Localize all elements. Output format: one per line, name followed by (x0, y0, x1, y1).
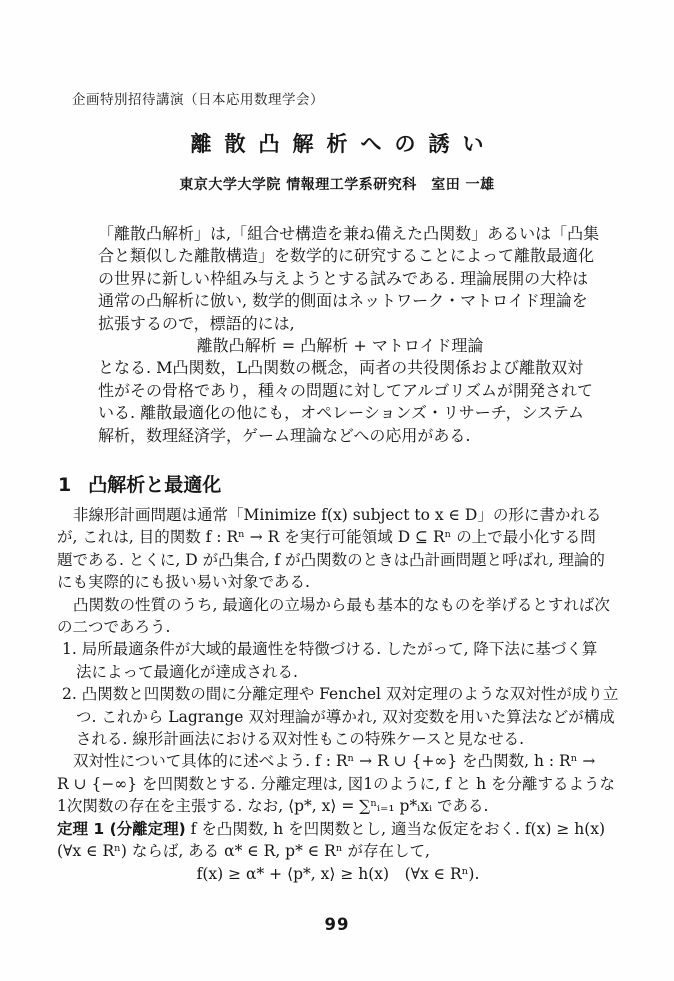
paragraph-line: 凸関数の性質のうち, 最適化の立場から最も基本的なものを挙げるとすれば次 (57, 594, 619, 616)
abstract-line: 合と類似した離散構造」を数学的に研究することによって離散最適化 (98, 245, 582, 267)
paragraph-line: 非線形計画問題は通常「Minimize f(x) subject to x ∈ … (57, 504, 619, 526)
theorem-formula: f(x) ≥ α* + ⟨p*, x⟩ ≥ h(x) (∀x ∈ Rⁿ). (57, 863, 619, 885)
abstract-line: 「離散凸解析」は,「組合せ構造を兼ね備えた凸関数」あるいは「凸集 (98, 223, 582, 245)
theorem-statement-line: (∀x ∈ Rⁿ) ならば, ある α* ∈ R, p* ∈ Rⁿ が存在して, (57, 840, 619, 862)
abstract-line: 通常の凸解析に倣い, 数学的側面はネットワーク・マトロイド理論を (98, 290, 582, 312)
abstract-slogan-formula: 離散凸解析 = 凸解析 + マトロイド理論 (98, 335, 582, 357)
section-body: 非線形計画問題は通常「Minimize f(x) subject to x ∈ … (57, 504, 619, 885)
paragraph-line: が, これは, 目的関数 f : Rⁿ → R を実行可能領域 D ⊆ Rⁿ の… (57, 526, 619, 548)
theorem-text: f を凸関数, h を凹関数とし, 適当な仮定をおく. f(x) ≥ h(x) (186, 820, 605, 838)
section-number: 1 (58, 474, 71, 496)
list-item-line: 2. 凸関数と凹関数の間に分離定理や Fenchel 双対定理のような双対性が成… (57, 683, 619, 705)
list-item-line: 1. 局所最適条件が大域的最適性を特徴づける. したがって, 降下法に基づく算 (57, 638, 619, 660)
abstract-line: 性がその骨格であり，種々の問題に対してアルゴリズムが開発されて (98, 380, 582, 402)
paper-title: 離散凸解析への誘い (0, 128, 674, 158)
abstract-block: 「離散凸解析」は,「組合せ構造を兼ね備えた凸関数」あるいは「凸集 合と類似した離… (98, 223, 582, 447)
paragraph-line: 双対性について具体的に述べよう. f : Rⁿ → R ∪ {+∞} を凸関数,… (57, 750, 619, 772)
theorem-statement-line: 定理 1 (分離定理) f を凸関数, h を凹関数とし, 適当な仮定をおく. … (57, 818, 619, 840)
paragraph-line: 1次関数の存在を主張する. なお, ⟨p*, x⟩ = ∑ⁿᵢ₌₁ p*ᵢxᵢ … (57, 795, 619, 817)
list-item-line: 法によって最適化が達成される. (57, 661, 619, 683)
paragraph-line: 題である. とくに, D が凸集合, f が凸関数のときは凸計画問題と呼ばれ, … (57, 549, 619, 571)
scanned-paper-page: 企画特別招待講演（日本応用数理学会） 離散凸解析への誘い 東京大学大学院 情報理… (0, 0, 674, 981)
abstract-line: 解析，数理経済学，ゲーム理論などへの応用がある. (98, 425, 582, 447)
list-item-line: つ. これから Lagrange 双対理論が導かれ, 双対変数を用いた算法などが… (57, 706, 619, 728)
author-affiliation: 東京大学大学院 情報理工学系研究科 室田 一雄 (0, 174, 674, 194)
paragraph-line: にも実際的にも扱い易い対象である. (57, 571, 619, 593)
section-heading: 1凸解析と最適化 (58, 470, 221, 497)
paragraph-line: R ∪ {−∞} を凹関数とする. 分離定理は, 図1のように, f と h を… (57, 773, 619, 795)
abstract-line: 拡張するので，標語的には, (98, 313, 582, 335)
list-item-line: される. 線形計画法における双対性もこの特殊ケースと見なせる. (57, 728, 619, 750)
section-title: 凸解析と最適化 (88, 474, 221, 496)
page-number: 99 (0, 915, 674, 934)
theorem-label: 定理 1 (分離定理) (57, 820, 186, 838)
abstract-line: となる. M凸関数，L凸関数の概念，両者の共役関係および離散双対 (98, 357, 582, 379)
abstract-line: いる. 離散最適化の他にも，オペレーションズ・リサーチ，システム (98, 402, 582, 424)
presentation-label: 企画特別招待講演（日本応用数理学会） (72, 88, 324, 108)
paragraph-line: の二つであろう. (57, 616, 619, 638)
abstract-line: の世界に新しい枠組み与えようとする試みである. 理論展開の大枠は (98, 268, 582, 290)
